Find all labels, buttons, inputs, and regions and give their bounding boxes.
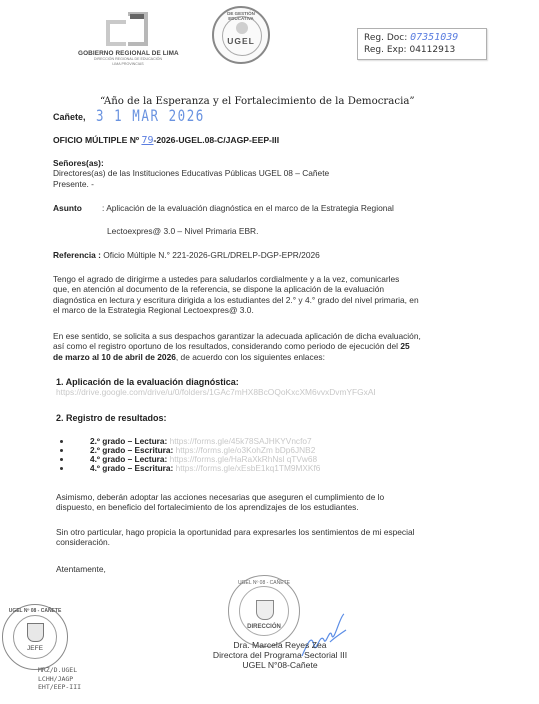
recipients-label: Señores(as): [53, 158, 329, 168]
form-link[interactable]: https://forms.gle/xEsbE1kq1TM9MXKf6 [176, 463, 321, 473]
reg-exp-label: Reg. Exp: [364, 45, 407, 55]
paragraph-request-line: En ese sentido, se solicita a sus despac… [53, 331, 421, 341]
signatory-block: Dra. Marcela Reyes Zea Directora del Pro… [190, 640, 370, 670]
drafting-initials: MRZ/D.UGEL LCHH/JAGP EHT/EEP-III [38, 666, 81, 692]
initials-line: EHT/EEP-III [38, 683, 81, 692]
jefe-seal-ring: UGEL Nº 08 - CAÑETE [3, 608, 67, 614]
signatory-name: Dra. Marcela Reyes Zea [190, 640, 370, 650]
execution-period: de marzo al 10 de abril de 2026 [53, 352, 176, 362]
paragraph-intro-line: diagnóstica en lectura y escritura dirig… [53, 295, 419, 305]
reg-exp-value: 04112913 [409, 45, 455, 55]
bullet-icon [60, 467, 63, 470]
paragraph-closing: Sin otro particular, hago propicia la op… [56, 527, 414, 548]
referencia: Referencia : Oficio Múltiple N.° 221-202… [53, 250, 320, 260]
direction-seal: UGEL Nº 08 - CAÑETE DIRECCIÓN [228, 575, 300, 647]
gobierno-regional-logo: GOBIERNO REGIONAL DE LIMA DIRECCIÓN REGI… [78, 12, 178, 74]
paragraph-request-text: así como el registro oportuno de los res… [53, 341, 400, 351]
paragraph-request-line: así como el registro oportuno de los res… [53, 341, 421, 351]
direction-seal-center: DIRECCIÓN [229, 624, 299, 630]
reg-doc-label: Reg. Doc: [364, 33, 407, 43]
paragraph-intro-line: Tengo el agrado de dirigirme a ustedes p… [53, 274, 419, 284]
jefe-seal-center: JEFE [3, 645, 67, 652]
regional-emblem-icon [106, 12, 150, 48]
direction-seal-ring: UGEL Nº 08 - CAÑETE [229, 580, 299, 586]
referencia-value: Oficio Múltiple N.° 221-2026-GRL/DRELP-D… [101, 250, 320, 260]
initials-line: MRZ/D.UGEL [38, 666, 81, 675]
paragraph-intro-line: el marco de la Estrategia Regional Lecto… [53, 305, 419, 315]
signatory-office: UGEL N°08-Cañete [190, 660, 370, 670]
oficio-suffix: -2026-UGEL.08-C/JAGP-EEP-III [153, 135, 279, 145]
ugel-seal-text: UGEL [214, 36, 268, 46]
initials-line: LCHH/JAGP [38, 675, 81, 684]
section-application-title: 1. Aplicación de la evaluación diagnósti… [56, 377, 376, 387]
national-crest-icon [27, 623, 44, 642]
reg-exp-row: Reg. Exp: 04112913 [364, 44, 486, 56]
oficio-prefix: OFICIO MÚLTIPLE Nº [53, 135, 141, 145]
reg-doc-row: Reg. Doc: 07351039 [364, 32, 486, 44]
signatory-title: Directora del Programa Sectorial III [190, 650, 370, 660]
closing-salutation: Atentamente, [56, 564, 106, 574]
oficio-handwritten-number: 79 [141, 135, 153, 146]
paragraph-actions-line: Asimismo, deberán adoptar las acciones n… [56, 492, 384, 502]
paragraph-actions: Asimismo, deberán adoptar las acciones n… [56, 492, 384, 513]
logo-title: GOBIERNO REGIONAL DE LIMA [78, 50, 178, 57]
ugel-seal-logo: DE GESTIÓN EDUCATIVA UGEL [212, 6, 270, 64]
bullet-icon [60, 458, 63, 461]
reg-doc-value: 07351039 [410, 32, 458, 43]
registration-box: Reg. Doc: 07351039 Reg. Exp: 04112913 [357, 28, 487, 60]
asunto-line-1: : Aplicación de la evaluación diagnóstic… [102, 203, 394, 213]
oficio-number: OFICIO MÚLTIPLE Nº 79-2026-UGEL.08-C/JAG… [53, 135, 279, 146]
jefe-seal: UGEL Nº 08 - CAÑETE JEFE [2, 604, 68, 670]
recipients: Señores(as): Directores(as) de las Insti… [53, 158, 329, 189]
children-figure-icon [236, 22, 248, 34]
national-crest-icon [256, 600, 274, 620]
paragraph-request-text: , de acuerdo con los siguientes enlaces: [176, 352, 325, 362]
paragraph-request-line: de marzo al 10 de abril de 2026, de acue… [53, 352, 421, 362]
bullet-icon [60, 440, 63, 443]
date-stamp: 3 1 MAR 2026 [96, 106, 205, 125]
grade-label: 4.º grado – Escritura: [90, 463, 173, 473]
recipients-line-2: Presente. - [53, 179, 329, 189]
bullet-icon [60, 449, 63, 452]
period-start-day: 25 [400, 341, 409, 351]
referencia-label: Referencia : [53, 250, 101, 260]
logo-subtitle-2: LIMA PROVINCIAS [78, 62, 178, 67]
asunto-label-text: Asunto [53, 203, 82, 213]
paragraph-closing-line: consideración. [56, 537, 414, 547]
paragraph-intro: Tengo el agrado de dirigirme a ustedes p… [53, 274, 419, 315]
section-results-title-text: 2. Registro de resultados: [56, 413, 167, 423]
section-results-title: 2. Registro de resultados: [56, 413, 167, 423]
paragraph-actions-line: dispuesto, en beneficio del fortalecimie… [56, 502, 384, 512]
place-label: Cañete, [53, 112, 86, 122]
paragraph-intro-line: que, en atención al documento de la refe… [53, 284, 419, 294]
paragraph-request: En ese sentido, se solicita a sus despac… [53, 331, 421, 362]
recipients-line-1: Directores(as) de las Instituciones Educ… [53, 168, 329, 178]
drive-folder-link[interactable]: https://drive.google.com/drive/u/0/folde… [56, 387, 376, 397]
section-application: 1. Aplicación de la evaluación diagnósti… [56, 377, 376, 398]
asunto-label: Asunto [53, 203, 82, 213]
ugel-seal-ring-text: DE GESTIÓN EDUCATIVA [214, 11, 268, 21]
asunto-line-2: Lectoexpres@ 3.0 – Nivel Primaria EBR. [107, 226, 258, 236]
paragraph-closing-line: Sin otro particular, hago propicia la op… [56, 527, 414, 537]
